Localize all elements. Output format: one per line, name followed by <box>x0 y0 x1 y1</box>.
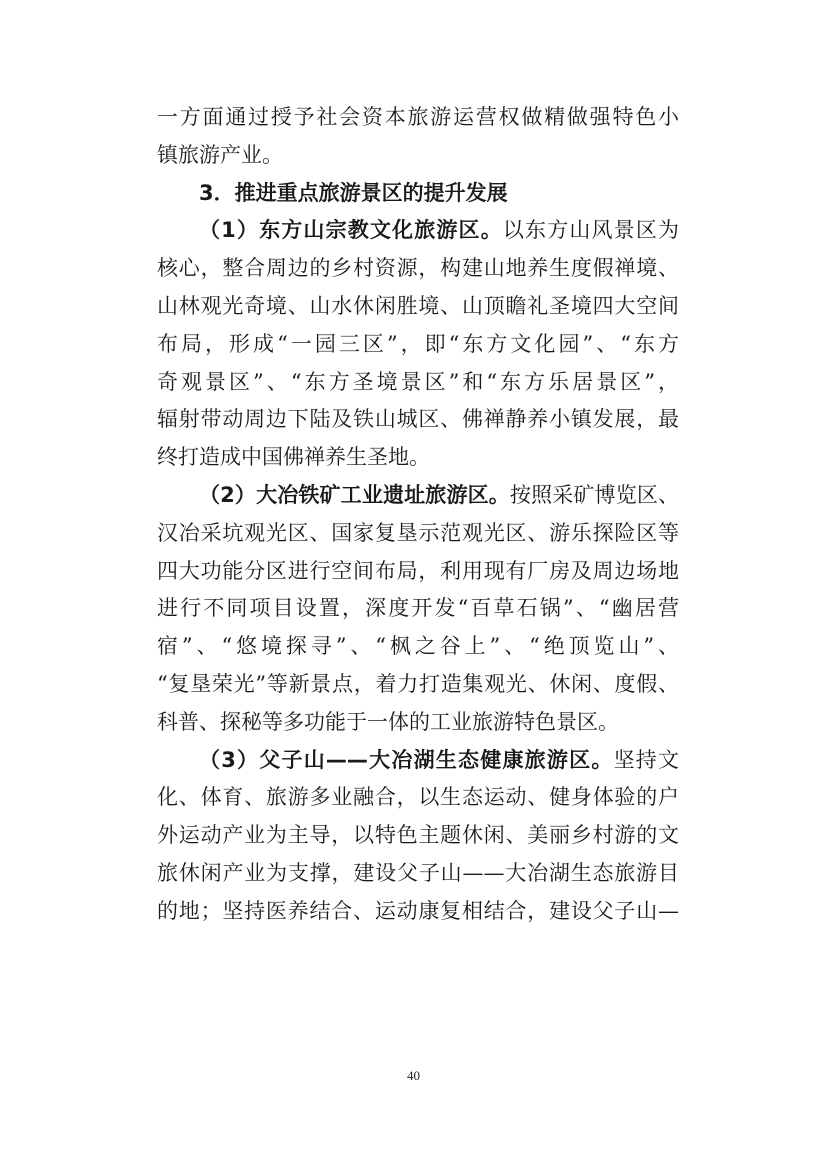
text-line: 核心，整合周边的乡村资源，构建山地养生度假禅境、 <box>157 250 679 288</box>
text-line: 布局，形成“一园三区”，即“东方文化园”、“东方 <box>157 326 679 364</box>
section-heading: 3．推进重点旅游景区的提升发展 <box>157 175 679 213</box>
paragraph-text: 以东方山风景区为 <box>503 218 679 242</box>
text-line: 科普、探秘等多功能于一体的工业旅游特色景区。 <box>157 704 679 742</box>
text-line: 奇观景区”、“东方圣境景区”和“东方乐居景区”， <box>157 364 679 402</box>
paragraph-title: （3）父子山——大冶湖生态健康旅游区。 <box>199 748 614 772</box>
text-line: 进行不同项目设置，深度开发“百草石锅”、“幽居营 <box>157 590 679 628</box>
paragraph-start: （2）大冶铁矿工业遗址旅游区。按照采矿博览区、 <box>157 477 679 515</box>
text-line: “复垦荣光”等新景点，着力打造集观光、休闲、度假、 <box>157 666 679 704</box>
paragraph-title: （2）大冶铁矿工业遗址旅游区。 <box>199 483 510 507</box>
text-line: 终打造成中国佛禅养生圣地。 <box>157 439 679 477</box>
document-page: 一方面通过授予社会资本旅游运营权做精做强特色小 镇旅游产业。 3．推进重点旅游景… <box>0 0 827 1169</box>
text-line: 的地；坚持医养结合、运动康复相结合，建设父子山— <box>157 893 679 931</box>
body-text: 一方面通过授予社会资本旅游运营权做精做强特色小 镇旅游产业。 3．推进重点旅游景… <box>157 99 679 931</box>
text-line: 化、体育、旅游多业融合，以生态运动、健身体验的户 <box>157 779 679 817</box>
text-line: 旅休闲产业为支撑，建设父子山——大冶湖生态旅游目 <box>157 855 679 893</box>
text-line: 山林观光奇境、山水休闲胜境、山顶瞻礼圣境四大空间 <box>157 288 679 326</box>
text-line: 汉冶采坑观光区、国家复垦示范观光区、游乐探险区等 <box>157 515 679 553</box>
page-number: 40 <box>0 1068 827 1084</box>
paragraph-title: （1）东方山宗教文化旅游区。 <box>199 218 503 242</box>
paragraph-start: （1）东方山宗教文化旅游区。以东方山风景区为 <box>157 212 679 250</box>
paragraph-text: 坚持文 <box>614 748 679 772</box>
text-line: 宿”、“悠境探寻”、“枫之谷上”、“绝顶览山”、 <box>157 628 679 666</box>
text-line: 辐射带动周边下陆及铁山城区、佛禅静养小镇发展，最 <box>157 401 679 439</box>
text-line: 四大功能分区进行空间布局，利用现有厂房及周边场地 <box>157 553 679 591</box>
text-line: 镇旅游产业。 <box>157 137 679 175</box>
paragraph-text: 按照采矿博览区、 <box>510 483 679 507</box>
text-line: 一方面通过授予社会资本旅游运营权做精做强特色小 <box>157 99 679 137</box>
text-line: 外运动产业为主导，以特色主题休闲、美丽乡村游的文 <box>157 817 679 855</box>
paragraph-start: （3）父子山——大冶湖生态健康旅游区。坚持文 <box>157 742 679 780</box>
